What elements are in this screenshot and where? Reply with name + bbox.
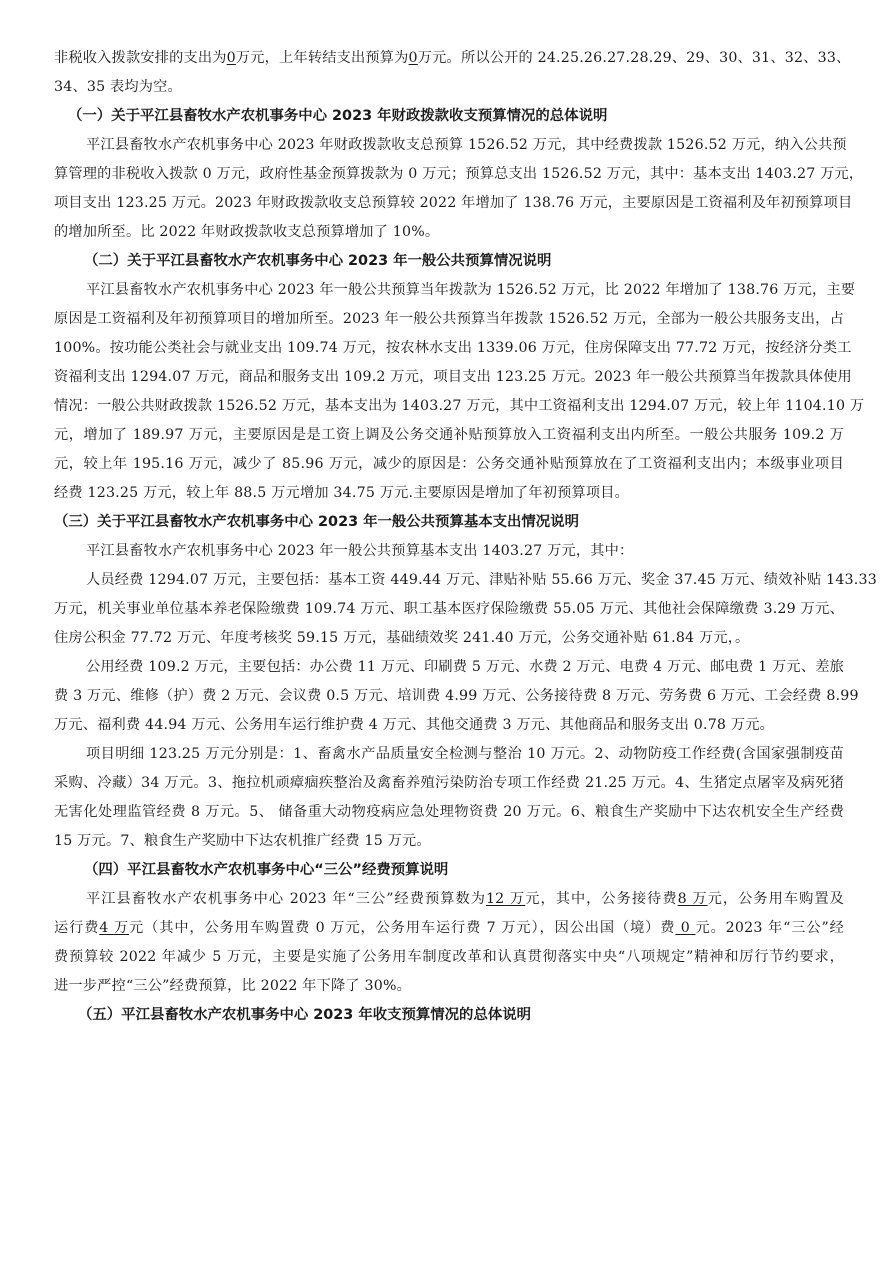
underlined-value: 0 bbox=[675, 920, 695, 936]
paragraph-line: 元，增加了 189.97 万元，主要原因是是工资上调及公务交通补贴预算放入工资福… bbox=[54, 421, 844, 450]
paragraph-line: 公用经费 109.2 万元，主要包括：办公费 11 万元、印刷费 5 万元、水费… bbox=[54, 653, 844, 682]
underlined-value: 12 万 bbox=[486, 891, 525, 907]
underlined-value: 4 万 bbox=[99, 920, 129, 936]
underlined-value: 0 bbox=[409, 50, 418, 66]
paragraph-line: 平江县畜牧水产农机事务中心 2023 年财政拨款收支总预算 1526.52 万元… bbox=[54, 131, 844, 160]
text-run: 费预算较 2022 年减少 5 万元，主要是实施了公务用车制度改革和认真贯彻落实… bbox=[54, 949, 844, 965]
section-heading: （二）关于平江县畜牧水产农机事务中心 2023 年一般公共预算情况说明 bbox=[54, 247, 844, 276]
text-run: 元，其中，公务接待费 bbox=[525, 891, 677, 907]
paragraph-line: 15 万元。7、粮食生产奖励中下达农机推广经费 15 万元。 bbox=[54, 827, 844, 856]
paragraph-line: 算管理的非税收入拨款 0 万元，政府性基金预算拨款为 0 万元；预算总支出 15… bbox=[54, 160, 844, 189]
paragraph-line: 人员经费 1294.07 万元，主要包括：基本工资 449.44 万元、津贴补贴… bbox=[54, 566, 844, 595]
intro-line: 非税收入拨款安排的支出为0万元，上年转结支出预算为0万元。所以公开的 24.25… bbox=[54, 44, 844, 73]
text-run: 元，公务用车购置及 bbox=[708, 891, 844, 907]
paragraph-line: 万元、福利费 44.94 万元、公务用车运行维护费 4 万元、其他交通费 3 万… bbox=[54, 711, 844, 740]
paragraph-line: 平江县畜牧水产农机事务中心 2023 年一般公共预算当年拨款为 1526.52 … bbox=[54, 276, 844, 305]
paragraph-line: 资福利支出 1294.07 万元，商品和服务支出 109.2 万元，项目支出 1… bbox=[54, 363, 844, 392]
section-heading: （三）关于平江县畜牧水产农机事务中心 2023 年一般公共预算基本支出情况说明 bbox=[54, 508, 844, 537]
paragraph-line: 住房公积金 77.72 万元、年度考核奖 59.15 万元，基础绩效奖 241.… bbox=[54, 624, 844, 653]
section-heading: （五）平江县畜牧水产农机事务中心 2023 年收支预算情况的总体说明 bbox=[54, 1001, 844, 1030]
paragraph-line: 费预算较 2022 年减少 5 万元，主要是实施了公务用车制度改革和认真贯彻落实… bbox=[54, 943, 844, 972]
text-run: 元。2023 年“三公”经 bbox=[695, 920, 844, 936]
paragraph-line: 无害化处理监管经费 8 万元。5、 储备重大动物疫病应急处理物资费 20 万元。… bbox=[54, 798, 844, 827]
paragraph-line: 进一步严控“三公”经费预算，比 2022 年下降了 30%。 bbox=[54, 972, 844, 1001]
text-run: 万元，上年转结支出预算为 bbox=[236, 50, 409, 66]
section-heading: （四）平江县畜牧水产农机事务中心“三公”经费预算说明 bbox=[54, 856, 844, 885]
text-run: 万元。所以公开的 24.25.26.27.28.29、29、30、31、32、3… bbox=[418, 50, 851, 66]
document-page: 非税收入拨款安排的支出为0万元，上年转结支出预算为0万元。所以公开的 24.25… bbox=[54, 44, 844, 1030]
paragraph-line: 经费 123.25 万元，较上年 88.5 万元增加 34.75 万元.主要原因… bbox=[54, 479, 844, 508]
text-run: 34、35 表均为空。 bbox=[54, 79, 182, 95]
section-heading: （一）关于平江县畜牧水产农机事务中心 2023 年财政拨款收支预算情况的总体说明 bbox=[54, 102, 844, 131]
paragraph-line: 平江县畜牧水产农机事务中心 2023 年“三公”经费预算数为12 万元，其中，公… bbox=[54, 885, 844, 914]
paragraph-line: 运行费4 万元（其中，公务用车购置费 0 万元，公务用车运行费 7 万元），因公… bbox=[54, 914, 844, 943]
paragraph-line: 情况：一般公共财政拨款 1526.52 万元，基本支出为 1403.27 万元，… bbox=[54, 392, 844, 421]
intro-line: 34、35 表均为空。 bbox=[54, 73, 844, 102]
text-run: 运行费 bbox=[54, 920, 99, 936]
text-run: 非税收入拨款安排的支出为 bbox=[54, 50, 227, 66]
paragraph-line: 原因是工资福利及年初预算项目的增加所至。2023 年一般公共预算当年拨款 152… bbox=[54, 305, 844, 334]
paragraph-line: 平江县畜牧水产农机事务中心 2023 年一般公共预算基本支出 1403.27 万… bbox=[54, 537, 844, 566]
paragraph-line: 元，较上年 195.16 万元，减少了 85.96 万元，减少的原因是：公务交通… bbox=[54, 450, 844, 479]
text-run: 进一步严控“三公”经费预算，比 2022 年下降了 30%。 bbox=[54, 978, 411, 994]
paragraph-line: 万元，机关事业单位基本养老保险缴费 109.74 万元、职工基本医疗保险缴费 5… bbox=[54, 595, 844, 624]
paragraph-line: 项目明细 123.25 万元分别是：1、畜禽水产品质量安全检测与整治 10 万元… bbox=[54, 740, 844, 769]
underlined-value: 0 bbox=[227, 50, 236, 66]
paragraph-line: 项目支出 123.25 万元。2023 年财政拨款收支总预算较 2022 年增加… bbox=[54, 189, 844, 218]
paragraph-line: 采购、冷藏）34 万元。3、拖拉机顽瘴痼疾整治及禽畜养殖污染防治专项工作经费 2… bbox=[54, 769, 844, 798]
underlined-value: 8 万 bbox=[678, 891, 708, 907]
text-run: 平江县畜牧水产农机事务中心 2023 年“三公”经费预算数为 bbox=[86, 891, 486, 907]
paragraph-line: 费 3 万元、维修（护）费 2 万元、会议费 0.5 万元、培训费 4.99 万… bbox=[54, 682, 844, 711]
paragraph-line: 100%。按功能公类社会与就业支出 109.74 万元，按农林水支出 1339.… bbox=[54, 334, 844, 363]
text-run: 元（其中，公务用车购置费 0 万元，公务用车运行费 7 万元），因公出国（境）费 bbox=[129, 920, 675, 936]
paragraph-line: 的增加所至。比 2022 年财政拨款收支总预算增加了 10%。 bbox=[54, 218, 844, 247]
